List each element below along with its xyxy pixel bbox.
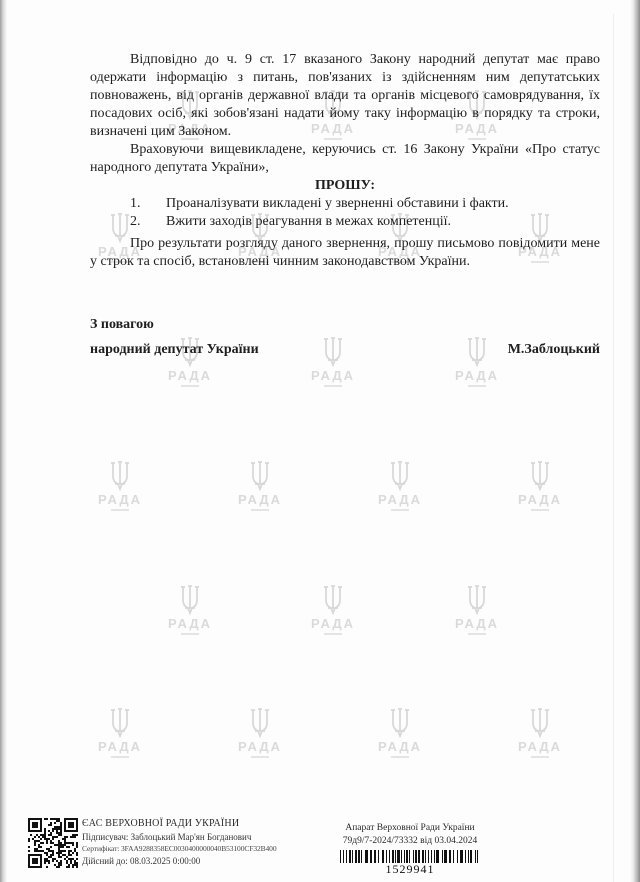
request-item: 1. Проаналізувати викладені у зверненні … <box>130 195 600 213</box>
watermark-label: РАДА <box>365 493 435 506</box>
signature-title: народний депутат України <box>90 341 259 359</box>
rada-watermark: РАДА <box>225 708 295 758</box>
trident-icon <box>247 708 273 738</box>
watermark-subtext <box>324 385 342 387</box>
trident-icon <box>464 585 490 615</box>
registration-block: Апарат Верховної Ради України 79д9/7-202… <box>335 822 485 876</box>
rada-watermark: РАДА <box>298 585 368 635</box>
watermark-subtext <box>251 756 269 758</box>
watermark-subtext <box>251 509 269 511</box>
rada-watermark: РАДА <box>365 461 435 511</box>
letter-body: Відповідно до ч. 9 ст. 17 вказаного Зако… <box>90 51 600 359</box>
rada-watermark: РАДА <box>85 461 155 511</box>
watermark-label: РАДА <box>85 493 155 506</box>
watermark-label: РАДА <box>505 740 575 753</box>
closing-salutation: З повагою <box>90 316 600 334</box>
paragraph-considering: Враховуючи вищевикладене, керуючись ст. … <box>90 141 600 177</box>
request-item-text: Проаналізувати викладені у зверненні обс… <box>166 195 509 213</box>
trident-icon <box>387 461 413 491</box>
watermark-subtext <box>468 385 486 387</box>
trident-icon <box>177 585 203 615</box>
page-edge-left <box>0 0 7 882</box>
trident-icon <box>527 461 553 491</box>
watermark-label: РАДА <box>442 617 512 630</box>
paragraph-results: Про результати розгляду даного звернення… <box>90 235 600 271</box>
paragraph-legal-basis: Відповідно до ч. 9 ст. 17 вказаного Зако… <box>90 51 600 141</box>
request-item-number: 1. <box>130 195 166 213</box>
trident-icon <box>387 708 413 738</box>
watermark-label: РАДА <box>225 493 295 506</box>
watermark-subtext <box>324 633 342 635</box>
scan-artifact-line <box>613 14 614 882</box>
request-item: 2. Вжити заходів реагування в межах комп… <box>130 213 600 231</box>
watermark-subtext <box>391 509 409 511</box>
barcode-number: 1529941 <box>335 863 485 876</box>
eas-title: ЄАС ВЕРХОВНОЇ РАДИ УКРАЇНИ <box>82 818 338 829</box>
trident-icon <box>107 708 133 738</box>
watermark-subtext <box>391 756 409 758</box>
trident-icon <box>527 708 553 738</box>
rada-watermark: РАДА <box>505 708 575 758</box>
registration-number: 79д9/7-2024/73332 від 03.04.2024 <box>335 835 485 848</box>
request-heading: ПРОШУ: <box>90 177 600 195</box>
qr-code <box>28 817 78 869</box>
request-item-text: Вжити заходів реагування в межах компете… <box>166 213 451 231</box>
watermark-label: РАДА <box>505 493 575 506</box>
rada-watermark: РАДА <box>155 585 225 635</box>
watermark-label: РАДА <box>85 740 155 753</box>
watermark-label: РАДА <box>298 369 368 382</box>
signature-row: народний депутат України М.Заблоцький <box>90 341 600 359</box>
watermark-subtext <box>111 756 129 758</box>
watermark-label: РАДА <box>155 369 225 382</box>
signature-name: М.Заблоцький <box>508 341 600 359</box>
watermark-label: РАДА <box>225 740 295 753</box>
trident-icon <box>247 461 273 491</box>
watermark-subtext <box>468 633 486 635</box>
validity-line: Дійсний до: 08.03.2025 0:00:00 <box>82 856 338 866</box>
watermark-subtext <box>181 385 199 387</box>
rada-watermark: РАДА <box>85 708 155 758</box>
watermark-subtext <box>531 509 549 511</box>
certificate-line: Сертифікат: 3FAA9288358EC0030400000040B5… <box>82 844 338 853</box>
trident-icon <box>320 585 346 615</box>
watermark-label: РАДА <box>442 369 512 382</box>
request-item-number: 2. <box>130 213 166 231</box>
rada-watermark: РАДА <box>505 461 575 511</box>
rada-watermark: РАДА <box>365 708 435 758</box>
rada-watermark: РАДА <box>442 585 512 635</box>
trident-icon <box>107 461 133 491</box>
rada-watermark: РАДА <box>225 461 295 511</box>
signer-line: Підписувач: Заблоцький Мар'ян Богданович <box>82 832 338 842</box>
watermark-label: РАДА <box>298 617 368 630</box>
watermark-label: РАДА <box>365 740 435 753</box>
office-line: Апарат Верховної Ради України <box>335 822 485 835</box>
watermark-subtext <box>111 509 129 511</box>
page-edge-right <box>630 0 640 882</box>
watermark-subtext <box>181 633 199 635</box>
watermark-label: РАДА <box>155 617 225 630</box>
signature-stamp-block: ЄАС ВЕРХОВНОЇ РАДИ УКРАЇНИ Підписувач: З… <box>82 818 338 868</box>
watermark-subtext <box>531 756 549 758</box>
document-page: РАДАРАДАРАДАРАДАРАДАРАДАРАДАРАДАРАДАРАДА… <box>0 0 640 882</box>
